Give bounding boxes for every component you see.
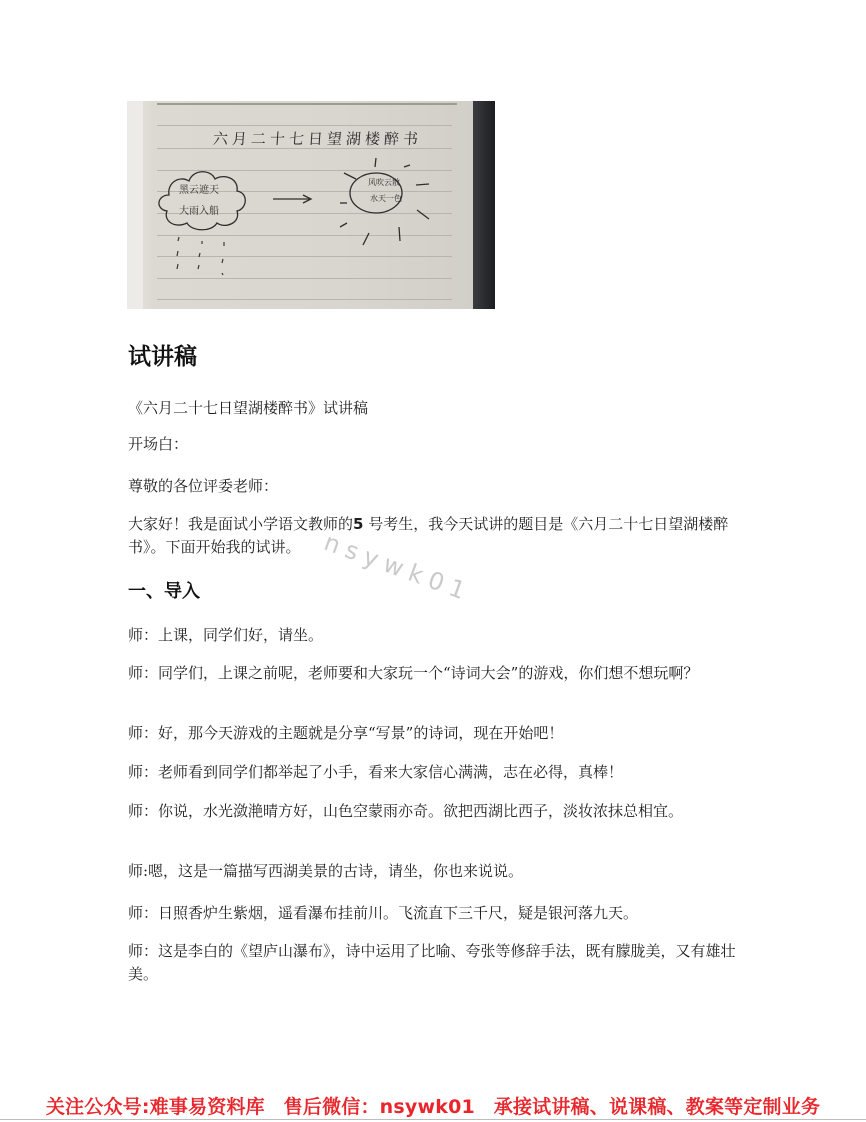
document-title: 试讲稿: [128, 338, 197, 371]
sun-text-line-2: 水天一色: [370, 193, 402, 204]
dialogue-line: 师：日照香炉生紫烟，遥看瀑布挂前川。飞流直下三千尺，疑是银河落九天。: [128, 902, 740, 925]
paragraph-introduction: 大家好！我是面试小学语文教师的5 号考生，我今天试讲的题目是《六月二十七日望湖楼…: [128, 513, 740, 559]
dialogue-line: 师:嗯，这是一篇描写西湖美景的古诗，请坐，你也来说说。: [128, 860, 740, 883]
dialogue-line: 师：好，那今天游戏的主题就是分享“写景”的诗词，现在开始吧！: [128, 722, 740, 745]
cloud-text-line-1: 黑云遮天: [179, 181, 219, 196]
footer-banner: 关注公众号:难事易资料库 售后微信：nsywk01 承接试讲稿、说课稿、教案等定…: [0, 1092, 866, 1122]
sun-text-line-1: 风吹云散: [368, 177, 400, 188]
footer-public-account: 关注公众号:难事易资料库: [46, 1096, 265, 1118]
dialogue-line: 师：老师看到同学们都举起了小手，看来大家信心满满，志在必得，真棒！: [128, 761, 740, 784]
paragraph-lesson-title: 《六月二十七日望湖楼醉书》试讲稿: [128, 397, 740, 420]
dialogue-line: 师：上课，同学们好，请坐。: [128, 624, 740, 647]
footer-services: 承接试讲稿、说课稿、教案等定制业务: [494, 1096, 820, 1118]
notebook-photo: 六月二十七日望湖楼醉书 黑云遮天 大雨入船 风吹云散 水天一色: [127, 101, 495, 309]
footer-wechat: 售后微信：nsywk01: [284, 1096, 475, 1118]
dialogue-line: 师：你说，水光潋滟晴方好，山色空蒙雨亦奇。欲把西湖比西子，淡妆浓抹总相宜。: [128, 800, 740, 823]
footer-divider: [0, 1119, 866, 1120]
document-page: 六月二十七日望湖楼醉书 黑云遮天 大雨入船 风吹云散 水天一色 试讲稿 《六月二…: [0, 0, 866, 1122]
dialogue-line: 师：同学们，上课之前呢，老师要和大家玩一个“诗词大会”的游戏，你们想不想玩啊？: [128, 662, 740, 685]
rain-icon: [177, 237, 224, 275]
dialogue-line: 师：这是李白的《望庐山瀑布》，诗中运用了比喻、夸张等修辞手法，既有朦胧美，又有雄…: [128, 940, 740, 986]
section-heading-intro: 一、导入: [128, 577, 200, 603]
arrow-icon: [273, 195, 311, 203]
intro-text-before: 大家好！我是面试小学语文教师的: [128, 515, 353, 533]
paragraph-greeting: 尊敬的各位评委老师：: [128, 475, 740, 498]
candidate-number: 5: [353, 515, 363, 533]
cloud-text-line-2: 大雨入船: [179, 202, 219, 217]
paragraph-opening: 开场白：: [128, 433, 740, 456]
sketch-title: 六月二十七日望湖楼醉书: [212, 128, 422, 149]
